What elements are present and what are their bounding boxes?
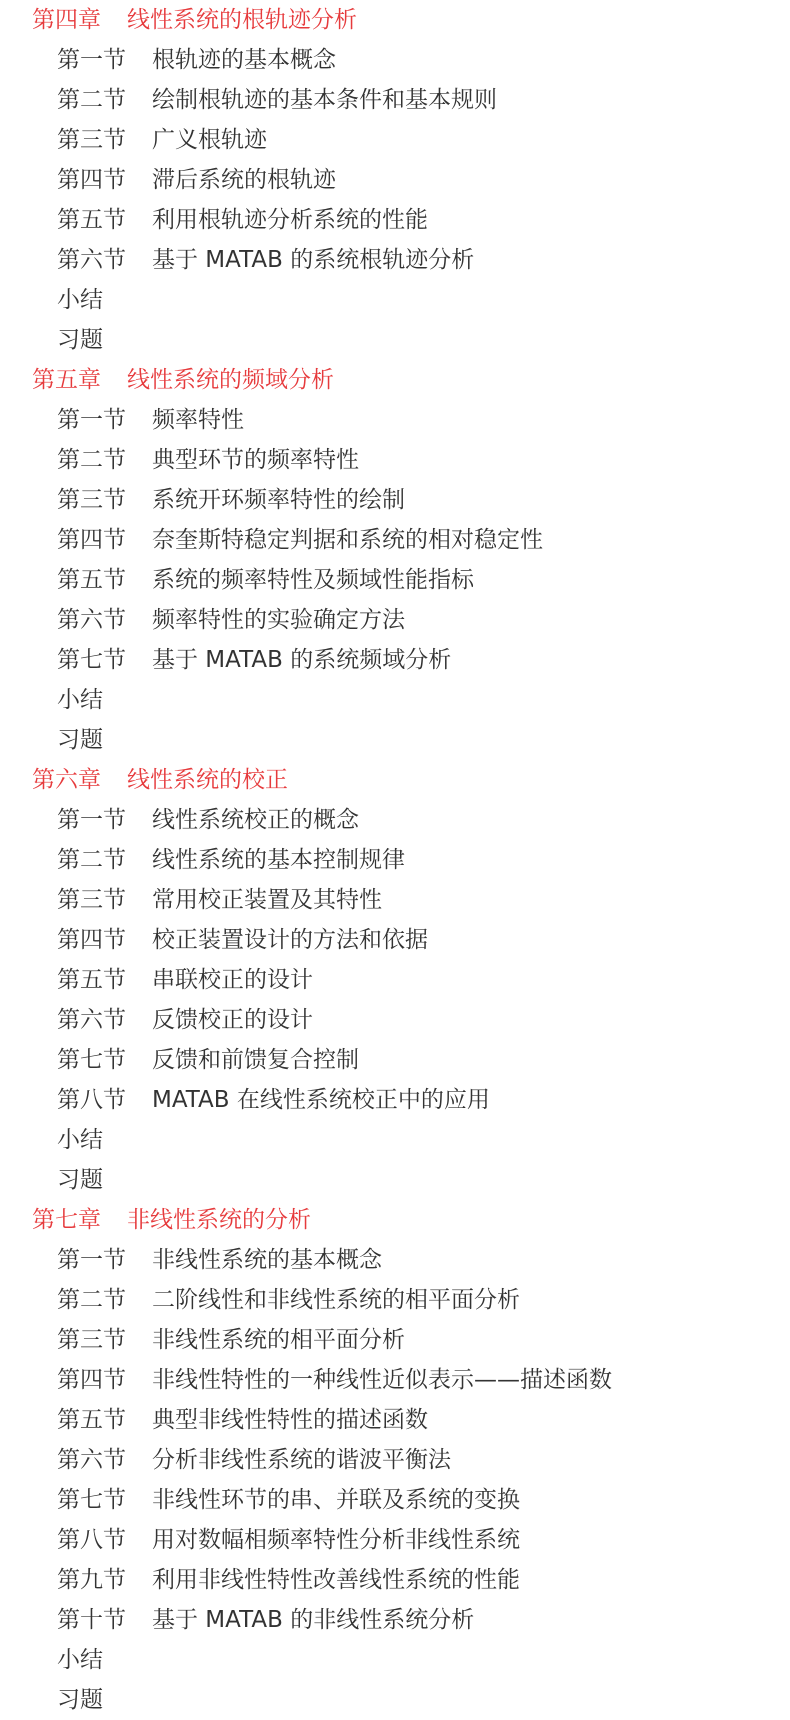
chapter-title: 线性系统的根轨迹分析 bbox=[127, 0, 357, 40]
section-title: 非线性系统的基本概念 bbox=[152, 1240, 382, 1280]
section-title: 利用非线性特性改善线性系统的性能 bbox=[152, 1560, 520, 1600]
section-title: 绘制根轨迹的基本条件和基本规则 bbox=[152, 80, 497, 120]
section-title: 滞后系统的根轨迹 bbox=[152, 160, 336, 200]
section-number: 第七节 bbox=[57, 1040, 152, 1080]
section-item[interactable]: 第一节 根轨迹的基本概念 bbox=[0, 40, 790, 80]
section-number: 第七节 bbox=[57, 1480, 152, 1520]
section-item[interactable]: 第一节 非线性系统的基本概念 bbox=[0, 1240, 790, 1280]
section-title: 频率特性 bbox=[152, 400, 244, 440]
section-item[interactable]: 第五节 典型非线性特性的描述函数 bbox=[0, 1400, 790, 1440]
section-number: 第一节 bbox=[57, 1240, 152, 1280]
section-number: 第一节 bbox=[57, 40, 152, 80]
chapter-title: 线性系统的校正 bbox=[127, 760, 288, 800]
section-number: 第四节 bbox=[57, 160, 152, 200]
section-item[interactable]: 第八节 MATAB 在线性系统校正中的应用 bbox=[0, 1080, 790, 1120]
section-item[interactable]: 第七节 反馈和前馈复合控制 bbox=[0, 1040, 790, 1080]
section-item[interactable]: 第七节 基于 MATAB 的系统频域分析 bbox=[0, 640, 790, 680]
summary-item[interactable]: 小结 bbox=[0, 280, 790, 320]
section-item[interactable]: 第三节 非线性系统的相平面分析 bbox=[0, 1320, 790, 1360]
section-number: 第三节 bbox=[57, 1320, 152, 1360]
section-title: 典型环节的频率特性 bbox=[152, 440, 359, 480]
section-number: 第六节 bbox=[57, 1440, 152, 1480]
section-title: 线性系统的基本控制规律 bbox=[152, 840, 405, 880]
section-number: 第二节 bbox=[57, 1280, 152, 1320]
section-item[interactable]: 第八节 用对数幅相频率特性分析非线性系统 bbox=[0, 1520, 790, 1560]
section-title: 广义根轨迹 bbox=[152, 120, 267, 160]
chapter-number: 第五章 bbox=[32, 360, 127, 400]
section-number: 第七节 bbox=[57, 640, 152, 680]
section-item[interactable]: 第三节 常用校正装置及其特性 bbox=[0, 880, 790, 920]
section-title: 反馈校正的设计 bbox=[152, 1000, 313, 1040]
summary-item[interactable]: 小结 bbox=[0, 680, 790, 720]
section-title: 频率特性的实验确定方法 bbox=[152, 600, 405, 640]
exercises-label: 习题 bbox=[57, 720, 103, 760]
section-item[interactable]: 第四节 校正装置设计的方法和依据 bbox=[0, 920, 790, 960]
section-title: 基于 MATAB 的系统频域分析 bbox=[152, 640, 451, 680]
chapter-number: 第四章 bbox=[32, 0, 127, 40]
chapter-title: 非线性系统的分析 bbox=[127, 1200, 311, 1240]
section-title: 线性系统校正的概念 bbox=[152, 800, 359, 840]
summary-item[interactable]: 小结 bbox=[0, 1640, 790, 1680]
section-title: 基于 MATAB 的非线性系统分析 bbox=[152, 1600, 474, 1640]
section-title: 二阶线性和非线性系统的相平面分析 bbox=[152, 1280, 520, 1320]
section-title: 系统开环频率特性的绘制 bbox=[152, 480, 405, 520]
section-number: 第四节 bbox=[57, 520, 152, 560]
chapter-heading[interactable]: 第四章 线性系统的根轨迹分析 bbox=[0, 0, 790, 40]
section-title: 校正装置设计的方法和依据 bbox=[152, 920, 428, 960]
section-title: 串联校正的设计 bbox=[152, 960, 313, 1000]
section-item[interactable]: 第四节 滞后系统的根轨迹 bbox=[0, 160, 790, 200]
section-number: 第九节 bbox=[57, 1560, 152, 1600]
section-item[interactable]: 第三节 广义根轨迹 bbox=[0, 120, 790, 160]
section-number: 第八节 bbox=[57, 1080, 152, 1120]
section-number: 第五节 bbox=[57, 960, 152, 1000]
exercises-label: 习题 bbox=[57, 1680, 103, 1720]
section-number: 第三节 bbox=[57, 120, 152, 160]
section-number: 第六节 bbox=[57, 600, 152, 640]
section-item[interactable]: 第九节 利用非线性特性改善线性系统的性能 bbox=[0, 1560, 790, 1600]
section-number: 第一节 bbox=[57, 800, 152, 840]
section-title: 典型非线性特性的描述函数 bbox=[152, 1400, 428, 1440]
section-item[interactable]: 第六节 反馈校正的设计 bbox=[0, 1000, 790, 1040]
section-title: 非线性特性的一种线性近似表示——描述函数 bbox=[152, 1360, 612, 1400]
section-item[interactable]: 第五节 串联校正的设计 bbox=[0, 960, 790, 1000]
chapter-heading[interactable]: 第五章 线性系统的频域分析 bbox=[0, 360, 790, 400]
section-title: 基于 MATAB 的系统根轨迹分析 bbox=[152, 240, 474, 280]
section-number: 第三节 bbox=[57, 880, 152, 920]
chapter-heading[interactable]: 第七章 非线性系统的分析 bbox=[0, 1200, 790, 1240]
section-number: 第三节 bbox=[57, 480, 152, 520]
chapter-heading[interactable]: 第六章 线性系统的校正 bbox=[0, 760, 790, 800]
section-number: 第十节 bbox=[57, 1600, 152, 1640]
section-title: 反馈和前馈复合控制 bbox=[152, 1040, 359, 1080]
exercises-label: 习题 bbox=[57, 320, 103, 360]
section-title: 非线性系统的相平面分析 bbox=[152, 1320, 405, 1360]
section-title: MATAB 在线性系统校正中的应用 bbox=[152, 1080, 490, 1120]
exercises-item[interactable]: 习题 bbox=[0, 1160, 790, 1200]
summary-label: 小结 bbox=[57, 1640, 103, 1680]
table-of-contents: 第四章 线性系统的根轨迹分析 第一节 根轨迹的基本概念 第二节 绘制根轨迹的基本… bbox=[0, 0, 790, 1720]
chapter-number: 第七章 bbox=[32, 1200, 127, 1240]
section-title: 系统的频率特性及频域性能指标 bbox=[152, 560, 474, 600]
section-number: 第五节 bbox=[57, 1400, 152, 1440]
section-item[interactable]: 第四节 非线性特性的一种线性近似表示——描述函数 bbox=[0, 1360, 790, 1400]
section-number: 第六节 bbox=[57, 240, 152, 280]
section-number: 第五节 bbox=[57, 200, 152, 240]
section-number: 第五节 bbox=[57, 560, 152, 600]
section-title: 用对数幅相频率特性分析非线性系统 bbox=[152, 1520, 520, 1560]
section-item[interactable]: 第四节 奈奎斯特稳定判据和系统的相对稳定性 bbox=[0, 520, 790, 560]
section-number: 第一节 bbox=[57, 400, 152, 440]
chapter-title: 线性系统的频域分析 bbox=[127, 360, 334, 400]
section-title: 常用校正装置及其特性 bbox=[152, 880, 382, 920]
summary-label: 小结 bbox=[57, 1120, 103, 1160]
section-title: 分析非线性系统的谐波平衡法 bbox=[152, 1440, 451, 1480]
section-number: 第二节 bbox=[57, 80, 152, 120]
summary-item[interactable]: 小结 bbox=[0, 1120, 790, 1160]
section-number: 第四节 bbox=[57, 920, 152, 960]
chapter-number: 第六章 bbox=[32, 760, 127, 800]
section-item[interactable]: 第二节 绘制根轨迹的基本条件和基本规则 bbox=[0, 80, 790, 120]
section-number: 第二节 bbox=[57, 440, 152, 480]
section-number: 第二节 bbox=[57, 840, 152, 880]
section-title: 利用根轨迹分析系统的性能 bbox=[152, 200, 428, 240]
section-item[interactable]: 第六节 基于 MATAB 的系统根轨迹分析 bbox=[0, 240, 790, 280]
exercises-label: 习题 bbox=[57, 1160, 103, 1200]
section-item[interactable]: 第六节 频率特性的实验确定方法 bbox=[0, 600, 790, 640]
section-item[interactable]: 第二节 典型环节的频率特性 bbox=[0, 440, 790, 480]
section-title: 非线性环节的串、并联及系统的变换 bbox=[152, 1480, 520, 1520]
section-number: 第四节 bbox=[57, 1360, 152, 1400]
section-item[interactable]: 第六节 分析非线性系统的谐波平衡法 bbox=[0, 1440, 790, 1480]
exercises-item[interactable]: 习题 bbox=[0, 1680, 790, 1720]
exercises-item[interactable]: 习题 bbox=[0, 720, 790, 760]
summary-label: 小结 bbox=[57, 680, 103, 720]
section-item[interactable]: 第五节 系统的频率特性及频域性能指标 bbox=[0, 560, 790, 600]
exercises-item[interactable]: 习题 bbox=[0, 320, 790, 360]
section-item[interactable]: 第十节 基于 MATAB 的非线性系统分析 bbox=[0, 1600, 790, 1640]
section-item[interactable]: 第二节 线性系统的基本控制规律 bbox=[0, 840, 790, 880]
section-item[interactable]: 第三节 系统开环频率特性的绘制 bbox=[0, 480, 790, 520]
section-item[interactable]: 第一节 线性系统校正的概念 bbox=[0, 800, 790, 840]
section-title: 根轨迹的基本概念 bbox=[152, 40, 336, 80]
summary-label: 小结 bbox=[57, 280, 103, 320]
section-title: 奈奎斯特稳定判据和系统的相对稳定性 bbox=[152, 520, 543, 560]
section-item[interactable]: 第五节 利用根轨迹分析系统的性能 bbox=[0, 200, 790, 240]
section-item[interactable]: 第二节 二阶线性和非线性系统的相平面分析 bbox=[0, 1280, 790, 1320]
section-number: 第八节 bbox=[57, 1520, 152, 1560]
section-number: 第六节 bbox=[57, 1000, 152, 1040]
section-item[interactable]: 第一节 频率特性 bbox=[0, 400, 790, 440]
section-item[interactable]: 第七节 非线性环节的串、并联及系统的变换 bbox=[0, 1480, 790, 1520]
